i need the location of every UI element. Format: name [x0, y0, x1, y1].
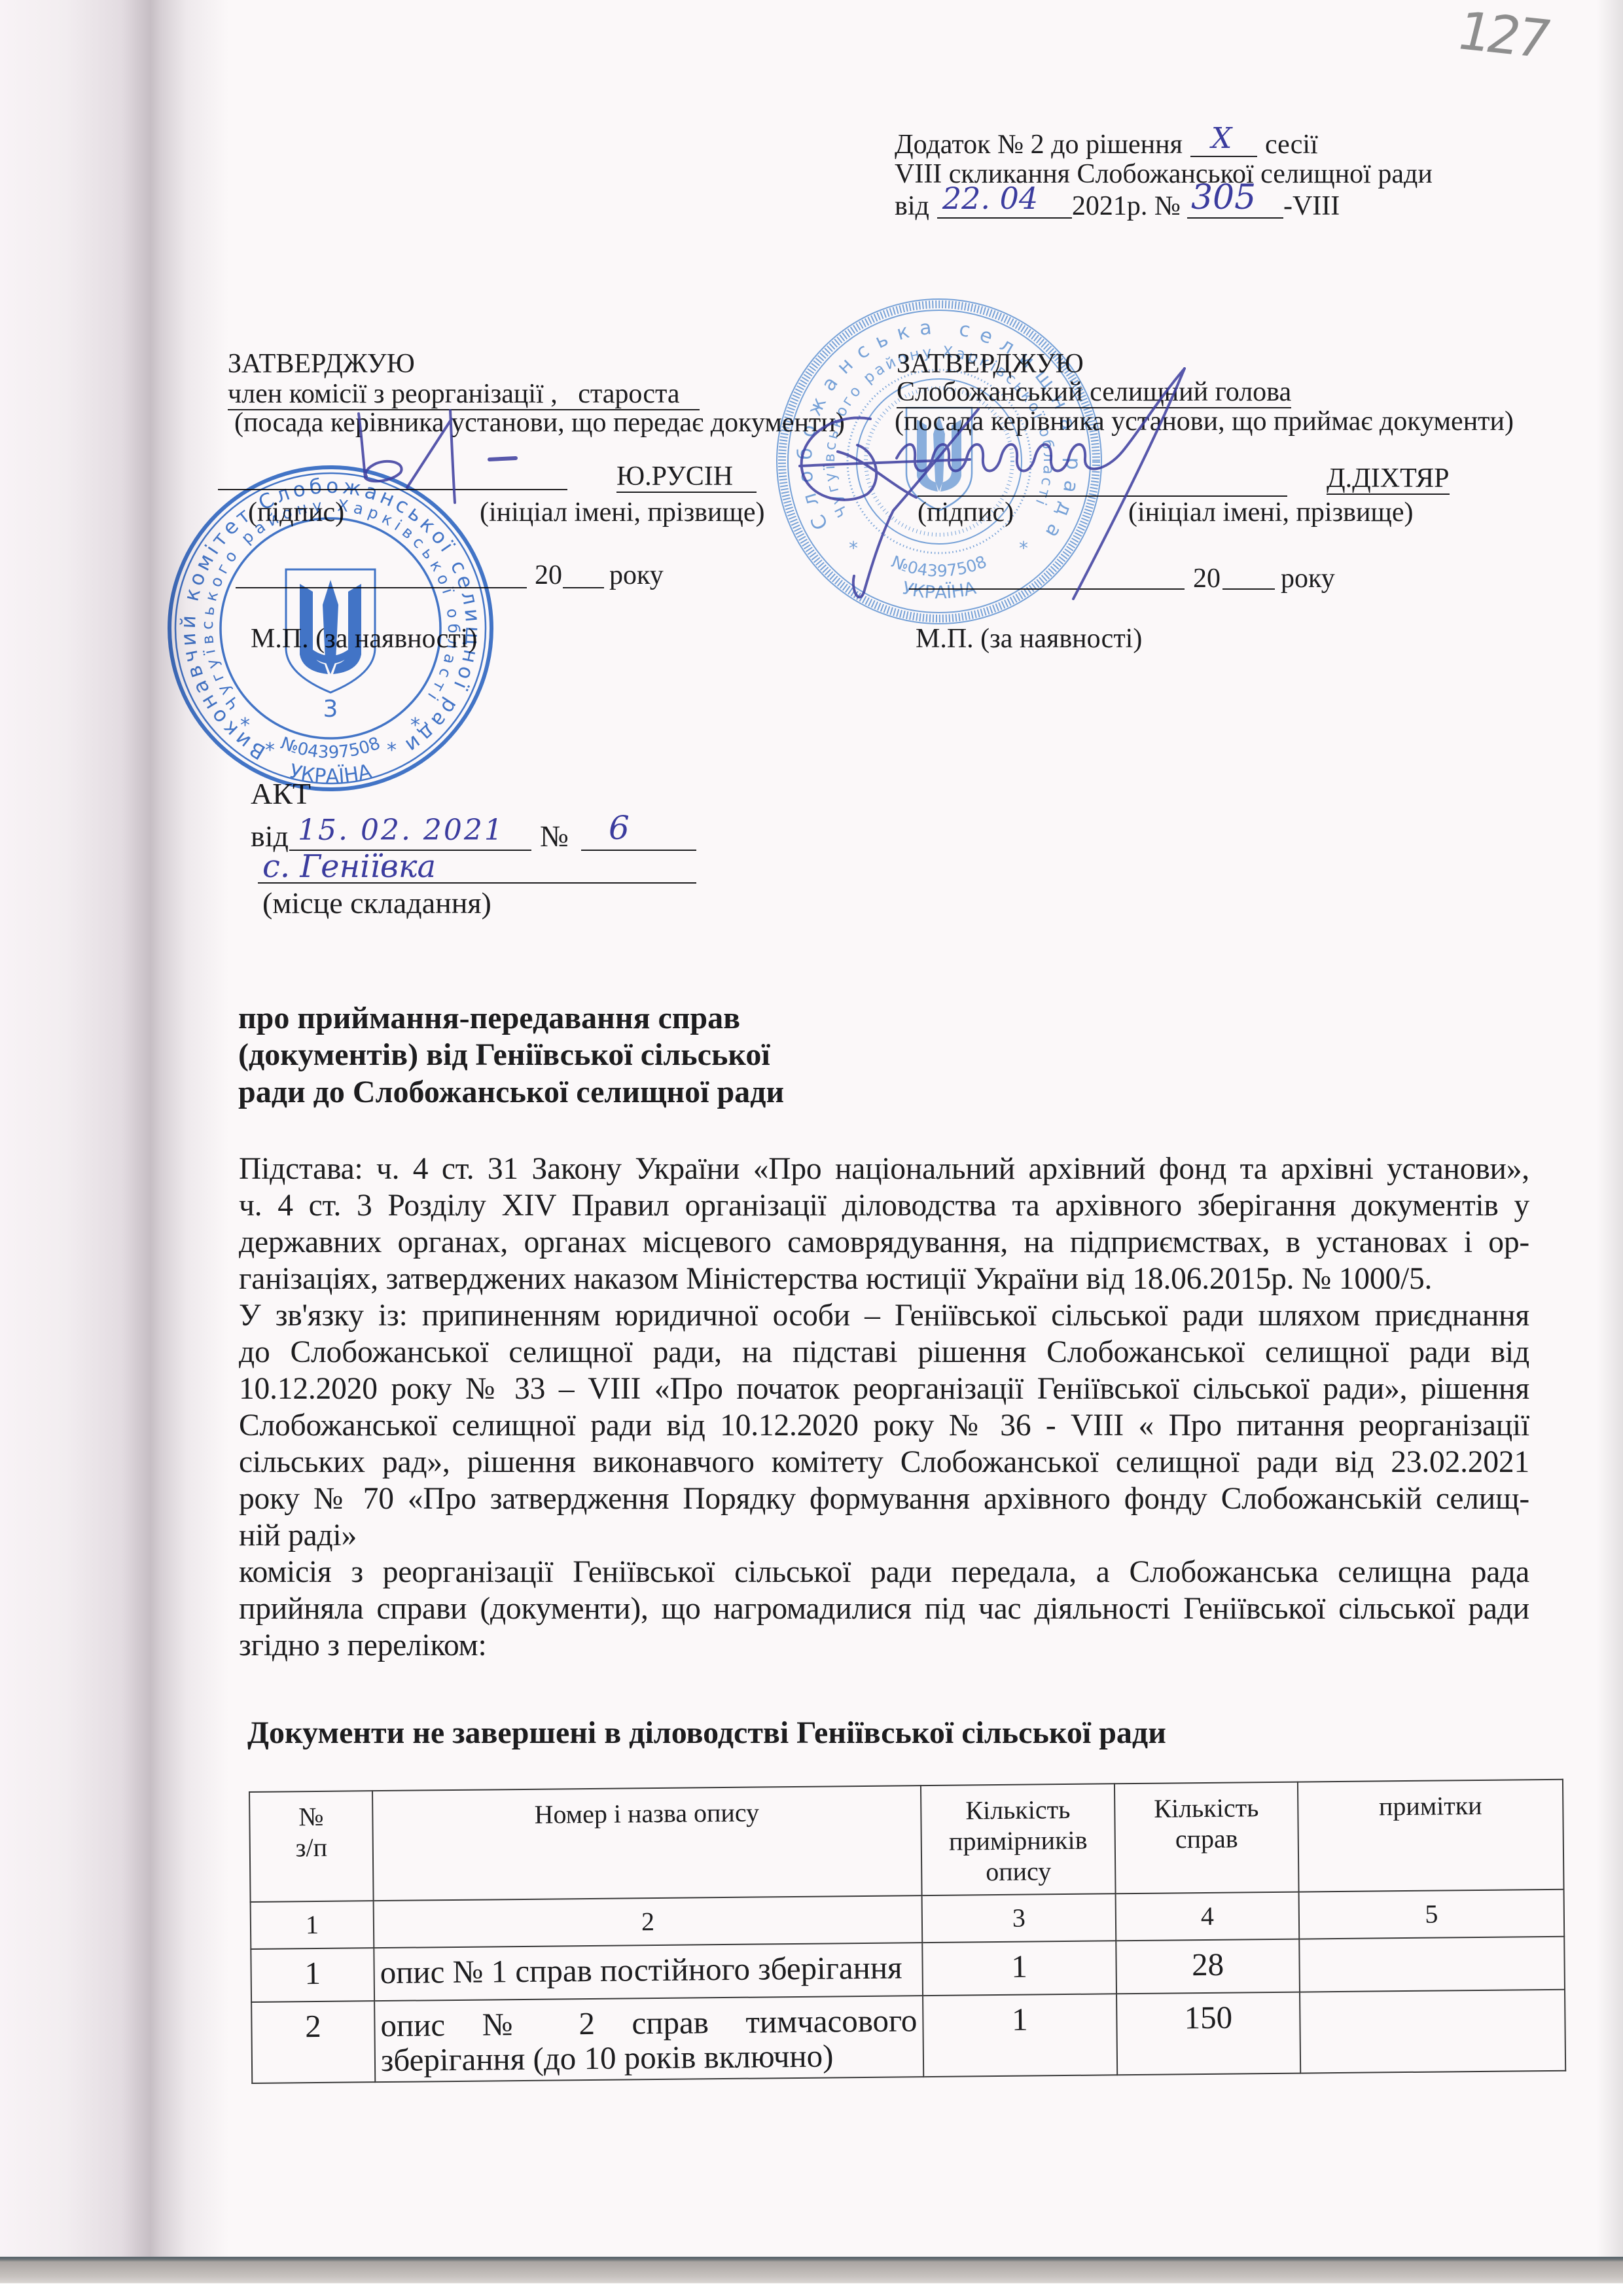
- body-line: Підстава: ч. 4 ст. 31 Закону України «Пр…: [239, 1151, 1529, 1187]
- column-number: 5: [1299, 1890, 1565, 1939]
- trident-icon: [917, 416, 961, 492]
- documents-table: №з/п Номер і назва опису Кількістьпримір…: [249, 1779, 1566, 2084]
- subject-line-2: (документів) від Геніївської сільської: [238, 1039, 770, 1071]
- star-icon: *: [240, 714, 250, 737]
- star-icon: *: [410, 714, 420, 737]
- approve-left-name-caption: (ініціал імені, прізвище): [480, 499, 764, 526]
- decision-number-blank: 305: [1187, 191, 1283, 219]
- approve-left-position-caption: (посада керівника установи, що передає д…: [234, 409, 845, 437]
- cell-inventory-name: опис № 1 справ постійного зберігання: [374, 1943, 923, 2001]
- header-inventory-name: Номер і назва опису: [372, 1785, 922, 1901]
- right-round-seal: Слобожанська селищна рада Чугуївського р…: [776, 298, 1103, 625]
- table-heading: Документи не завершені в діловодстві Ген…: [247, 1717, 1166, 1749]
- body-line: ч. 4 ст. 3 Розділу XIV Правил організаці…: [239, 1187, 1529, 1224]
- seal-country-path: УКРАЇНА: [900, 578, 978, 603]
- star-icon: *: [265, 739, 275, 762]
- approve-right-year-blank: [1222, 588, 1275, 590]
- left-round-seal: Виконавчий комітет Слобожанської селищно…: [167, 465, 494, 792]
- header-text: примірників: [922, 1824, 1115, 1857]
- header-index: №з/п: [249, 1791, 374, 1902]
- body-line: У зв'язку із: припиненням юридичної особ…: [239, 1297, 1529, 1334]
- session-blank: X: [1190, 130, 1257, 157]
- star-icon: *: [849, 537, 858, 559]
- page-right-edge: [1597, 0, 1623, 2296]
- scanned-document-page: 127 Додаток № 2 до рішенняXсесії VIII ск…: [0, 0, 1623, 2296]
- cell-inventory-name: опис № 2 справ тимчасового зберігання (д…: [374, 1996, 923, 2082]
- body-line: згідно з переліком:: [239, 1627, 1529, 1664]
- approve-left-year-suffix: року: [609, 562, 664, 589]
- act-number-line: [581, 850, 696, 851]
- act-place-handwritten: с. Геніївка: [262, 851, 436, 882]
- act-place-line: [258, 882, 696, 884]
- page-bottom-edge: [0, 2257, 1623, 2296]
- cell-notes: [1299, 1937, 1565, 1992]
- act-body-text: Підстава: ч. 4 ст. 31 Закону України «Пр…: [239, 1151, 1529, 1664]
- column-number: 1: [251, 1901, 374, 1949]
- body-line: 10.12.2020 року № 33 – VIII «Про початок…: [239, 1371, 1529, 1407]
- trident-icon: [300, 580, 361, 674]
- header-text: справ: [1116, 1823, 1298, 1856]
- approve-left-year-prefix: 20: [535, 562, 562, 589]
- header-copies-count: Кількістьпримірниківопису: [921, 1784, 1116, 1895]
- decision-number-handwritten: 305: [1191, 181, 1256, 215]
- seal-country: УКРАЇНА: [900, 578, 978, 603]
- appendix-line-3: від22. 042021р. №305-VIII: [895, 191, 1340, 220]
- decision-number-suffix: -VIII: [1283, 191, 1340, 221]
- approve-right-name-wrap: Д.ДІХТЯР: [1327, 465, 1450, 495]
- archive-page-number: 127: [1452, 5, 1553, 65]
- approve-left-heading: ЗАТВЕРДЖУЮ: [228, 350, 415, 378]
- body-line: року № 70 «Про затвердження Порядку форм…: [239, 1480, 1529, 1517]
- approve-right-name-caption: (ініціал імені, прізвище): [1128, 499, 1413, 526]
- table-row: 2 опис № 2 справ тимчасового зберігання …: [251, 1990, 1565, 2083]
- decision-date-handwritten: 22. 04: [942, 183, 1038, 213]
- cell-notes: [1300, 1990, 1565, 2073]
- appendix-date-label: від: [895, 191, 929, 221]
- seal-country: УКРАЇНА: [287, 760, 374, 788]
- approve-right-year-prefix: 20: [1193, 565, 1221, 592]
- body-line: Слобожанської селищної ради від 10.12.20…: [239, 1407, 1529, 1444]
- approve-right-seal-caption: М.П. (за наявності): [916, 625, 1142, 653]
- header-notes: примітки: [1298, 1780, 1564, 1892]
- approve-left-year-blank: [563, 587, 604, 588]
- approve-left-name-wrap: Ю.РУСІН: [616, 463, 757, 493]
- cell-copies-count: 1: [923, 1994, 1117, 2077]
- header-files-count: Кількістьсправ: [1115, 1782, 1299, 1894]
- column-number: 2: [374, 1895, 923, 1948]
- act-number-label: №: [540, 821, 569, 852]
- cell-files-count: 28: [1116, 1939, 1300, 1994]
- act-date-label: від: [251, 821, 289, 852]
- act-date-handwritten: 15. 02. 2021: [298, 816, 505, 845]
- header-text: Кількість: [1115, 1792, 1297, 1825]
- body-line: прийняла справи (документи), що нагромад…: [239, 1590, 1529, 1627]
- approve-left-name: Ю.РУСІН: [616, 463, 757, 493]
- subject-line-1: про приймання-передавання справ: [238, 1003, 740, 1034]
- body-line: ній раді»: [239, 1517, 1529, 1554]
- act-place-caption: (місце складання): [262, 888, 491, 918]
- header-text: опису: [922, 1855, 1115, 1888]
- header-text: примітки: [1298, 1789, 1562, 1823]
- approve-right-year-suffix: року: [1281, 565, 1335, 592]
- column-number: 3: [922, 1893, 1116, 1943]
- seal-code-path: №04397508: [889, 552, 989, 581]
- body-line: сільських рад», рішення виконавчого комі…: [239, 1444, 1529, 1480]
- cell-files-count: 150: [1116, 1992, 1300, 2075]
- body-line: ганізаціях, затверджених наказом Міністе…: [239, 1261, 1529, 1297]
- seal-country-path: УКРАЇНА: [287, 760, 374, 788]
- subject-line-3: ради до Слобожанської селищної ради: [238, 1077, 784, 1108]
- star-icon: *: [387, 739, 397, 762]
- session-handwritten: X: [1211, 124, 1232, 153]
- binding-shadow: [0, 0, 236, 2296]
- column-number: 4: [1116, 1892, 1300, 1941]
- decision-date-blank: 22. 04: [937, 191, 1072, 219]
- body-line: комісія з реорганізації Геніївської сіль…: [239, 1554, 1529, 1590]
- approve-left-position: член комісії з реорганізації , староста: [228, 380, 700, 410]
- decision-year-text: 2021р. №: [1072, 191, 1181, 221]
- seal-center-number: 3: [323, 696, 338, 723]
- cell-index: 1: [251, 1948, 374, 2002]
- approve-right-name: Д.ДІХТЯР: [1327, 465, 1450, 495]
- approve-left-position-wrap: член комісії з реорганізації , староста: [228, 380, 700, 410]
- header-text: з/п: [251, 1831, 372, 1863]
- act-number-handwritten: 6: [609, 812, 630, 844]
- table-header-row: №з/п Номер і назва опису Кількістьпримір…: [249, 1780, 1564, 1902]
- appendix-suffix: сесії: [1265, 130, 1318, 160]
- appendix-line-1: Додаток № 2 до рішенняXсесії: [895, 130, 1318, 158]
- header-text: №: [250, 1801, 372, 1833]
- appendix-prefix: Додаток № 2 до рішення: [895, 130, 1183, 160]
- header-text: Кількість: [921, 1793, 1114, 1826]
- seal-code: №04397508: [889, 552, 989, 581]
- body-line: до Слобожанської селищної ради, на підст…: [239, 1334, 1529, 1371]
- cell-copies-count: 1: [922, 1941, 1116, 1996]
- cell-index: 2: [251, 2001, 375, 2083]
- body-line: державних органах, органах місцевого сам…: [239, 1224, 1529, 1261]
- header-text: Номер і назва опису: [373, 1795, 920, 1831]
- star-icon: *: [1019, 537, 1028, 559]
